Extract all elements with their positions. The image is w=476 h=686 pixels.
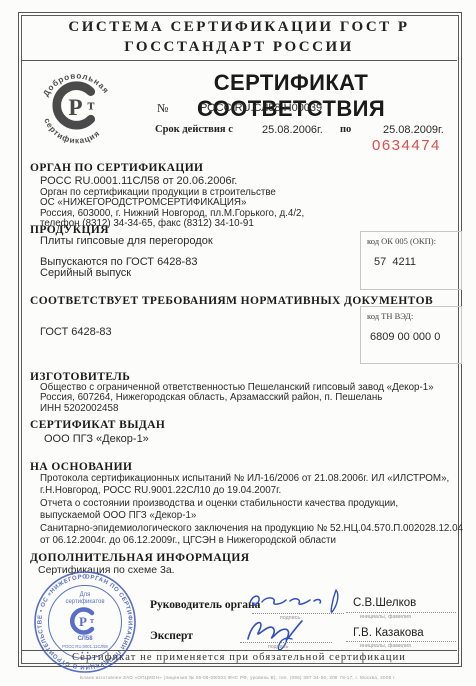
head-name-line	[346, 612, 456, 613]
logo-p-letter: Р	[68, 95, 82, 121]
product-name: Плиты гипсовые для перегородок	[40, 235, 213, 247]
expert-signature-line	[240, 642, 332, 643]
additional-info-heading: ДОПОЛНИТЕЛЬНАЯ ИНФОРМАЦИЯ	[30, 552, 249, 564]
validity-from-date: 25.08.2006г.	[262, 124, 323, 136]
rst-voluntary-certification-logo: Добровольная сертификация Р т	[34, 64, 120, 146]
number-label: №	[157, 101, 168, 116]
basis-line: Отчета о состоянии производства и оценки…	[40, 498, 463, 510]
blank-printer-line: Бланк изготовлен ЗАО «ОПЦИОН» (лицензия …	[0, 675, 476, 680]
stamp-rst-p: Р	[79, 614, 87, 629]
stamp-for-text: Для	[80, 592, 91, 598]
expert-name: Г.В. Казакова	[353, 627, 424, 639]
okp-code-label: код ОК 005 (ОКП):	[361, 232, 461, 246]
stamp-code: СЛ58	[77, 636, 93, 642]
expert-name-caption: инициалы, фамилия	[360, 643, 411, 649]
expert-label: Эксперт	[150, 630, 193, 642]
logo-t-letter: т	[87, 98, 94, 114]
manufacturer-line: ИНН 5202002458	[40, 404, 434, 414]
certificate-page: СИСТЕМА СЕРТИФИКАЦИИ ГОСТ Р ГОССТАНДАРТ …	[0, 0, 476, 686]
basis-line: г.Н.Новгород, РОСС RU.9001.22СЛ10 до 19.…	[40, 485, 463, 497]
system-title-line2: ГОССТАНДАРТ РОССИИ	[18, 39, 460, 56]
stamp-rst-t: т	[90, 616, 94, 625]
head-signature	[248, 589, 348, 615]
head-signature-line	[252, 613, 344, 614]
head-name-caption: инициалы, фамилия	[360, 614, 411, 620]
conformity-standard: ГОСТ 6428-83	[40, 326, 112, 338]
certification-body-heading: ОРГАН ПО СЕРТИФИКАЦИИ	[30, 162, 203, 174]
footer-divider	[21, 650, 457, 651]
issued-to-name: ООО ПГЗ «Декор-1»	[44, 433, 149, 445]
stamp-number: РОСС RU.0001.11СЛ58	[62, 644, 108, 649]
tnved-code-value: 6809 00 000 0	[361, 321, 461, 343]
validity-to-date: 25.08.2009г.	[383, 124, 444, 136]
basis-line: от 06.12.2004г. до 06.12.2009г., ЦГСЭН в…	[40, 535, 463, 547]
stamp-certificates-text: сертификатов	[65, 599, 104, 605]
okp-code-value: 57 4211	[361, 246, 461, 268]
validity-to-label: по	[340, 124, 351, 135]
product-serial-line: Серийный выпуск	[40, 267, 131, 279]
basis-heading: НА ОСНОВАНИИ	[30, 461, 132, 473]
validity-label: Срок действия с	[155, 124, 233, 135]
certificate-title: СЕРТИФИКАТ СООТВЕТСТВИЯ	[121, 70, 461, 122]
footer-note: Сертификат не применяется при обязательн…	[18, 652, 460, 663]
okp-code-box: код ОК 005 (ОКП): 57 4211	[360, 231, 462, 290]
certification-body-number: РОСС RU.0001.11СЛ58 от 20.06.2006г.	[40, 175, 237, 187]
basis-line: Протокола сертификационных испытаний № И…	[40, 473, 463, 485]
expert-name-line	[346, 641, 456, 642]
basis-line: выпускаемой ООО ПГЗ «Декор-1»	[40, 510, 463, 522]
header-divider	[21, 60, 457, 61]
tnved-code-label: код ТН ВЭД:	[361, 307, 461, 321]
tnved-code-box: код ТН ВЭД: 6809 00 000 0	[360, 306, 462, 364]
issued-to-heading: СЕРТИФИКАТ ВЫДАН	[30, 419, 165, 431]
certificate-number: РОСС RU.СЛ58.Н00039	[200, 102, 322, 114]
system-title-line1: СИСТЕМА СЕРТИФИКАЦИИ ГОСТ Р	[18, 19, 460, 36]
basis-line: Санитарно-эпидемиологического заключения…	[40, 523, 463, 535]
blank-serial-number: 0634474	[372, 137, 441, 154]
head-of-body-label: Руководитель органа	[150, 599, 260, 611]
head-name: С.В.Шелков	[353, 597, 416, 609]
